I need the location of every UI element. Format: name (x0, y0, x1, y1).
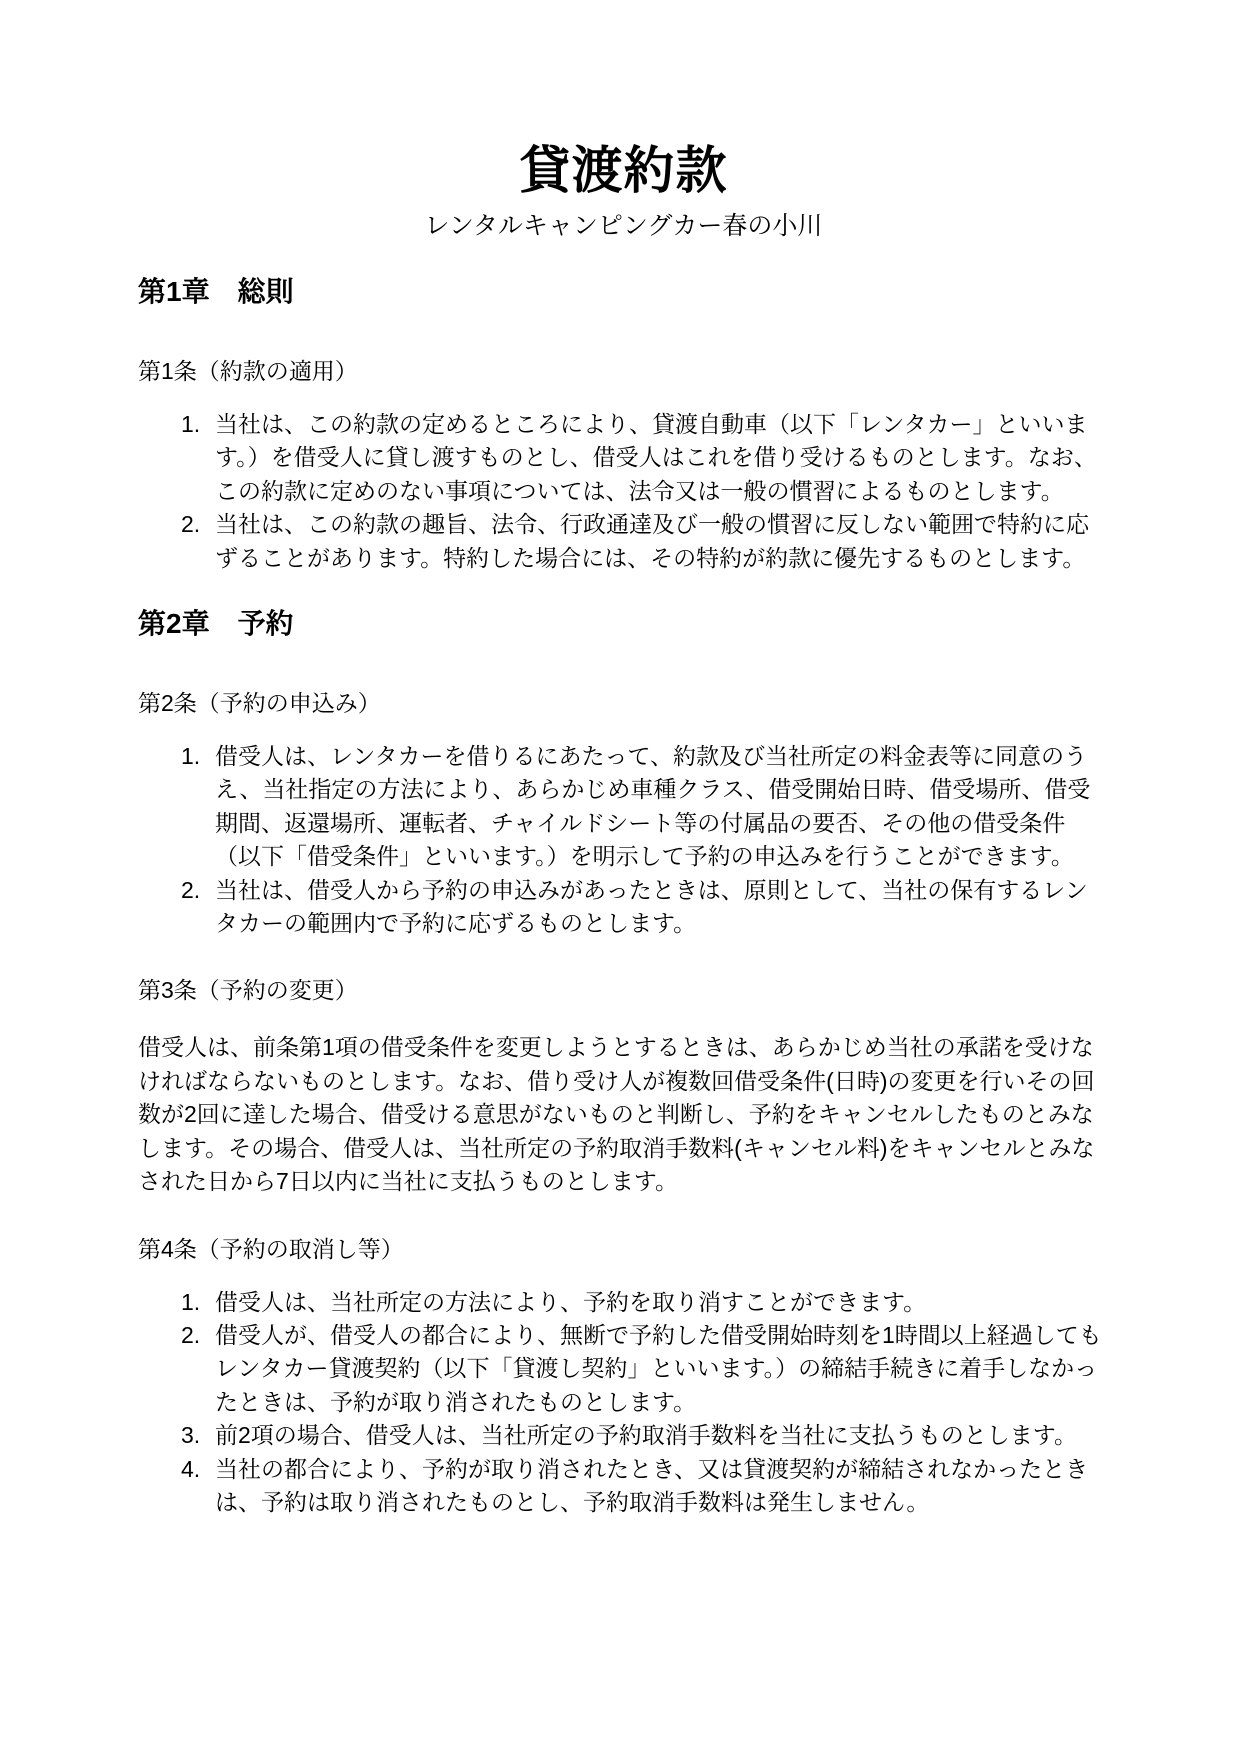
document-title: 貸渡約款 (138, 140, 1109, 202)
article-1-item-2: 当社は、この約款の趣旨、法令、行政通達及び一般の慣習に反しない範囲で特約に応ずる… (215, 508, 1109, 575)
article-4-item-3: 前2項の場合、借受人は、当社所定の予約取消手数料を当社に支払うものとします。 (215, 1419, 1109, 1452)
article-3-body: 借受人は、前条第1項の借受条件を変更しようとするときは、あらかじめ当社の承諾を受… (138, 1031, 1109, 1198)
document-subtitle: レンタルキャンピングカー春の小川 (138, 210, 1109, 243)
article-1-item-1: 当社は、この約款の定めるところにより、貸渡自動車（以下「レンタカー」といいます。… (215, 408, 1109, 508)
article-1-heading: 第1条（約款の適用） (138, 355, 1109, 388)
article-2-item-2: 当社は、借受人から予約の申込みがあったときは、原則として、当社の保有するレンタカ… (215, 874, 1109, 941)
article-4-list: 借受人は、当社所定の方法により、予約を取り消すことができます。 借受人が、借受人… (138, 1286, 1109, 1520)
article-3-heading: 第3条（予約の変更） (138, 974, 1109, 1007)
chapter-1-heading: 第1章 総則 (138, 273, 1109, 310)
article-4-item-1: 借受人は、当社所定の方法により、予約を取り消すことができます。 (215, 1286, 1109, 1319)
article-4-heading: 第4条（予約の取消し等） (138, 1233, 1109, 1266)
article-2-list: 借受人は、レンタカーを借りるにあたって、約款及び当社所定の料金表等に同意のうえ、… (138, 740, 1109, 940)
article-2-heading: 第2条（予約の申込み） (138, 687, 1109, 720)
article-4-item-4: 当社の都合により、予約が取り消されたとき、又は貸渡契約が締結されなかったときは、… (215, 1453, 1109, 1520)
article-4-item-2: 借受人が、借受人の都合により、無断で予約した借受開始時刻を1時間以上経過してもレ… (215, 1319, 1109, 1419)
article-1-list: 当社は、この約款の定めるところにより、貸渡自動車（以下「レンタカー」といいます。… (138, 408, 1109, 575)
document-page: 貸渡約款 レンタルキャンピングカー春の小川 第1章 総則 第1条（約款の適用） … (0, 0, 1242, 1755)
article-2-item-1: 借受人は、レンタカーを借りるにあたって、約款及び当社所定の料金表等に同意のうえ、… (215, 740, 1109, 874)
chapter-2-heading: 第2章 予約 (138, 605, 1109, 642)
